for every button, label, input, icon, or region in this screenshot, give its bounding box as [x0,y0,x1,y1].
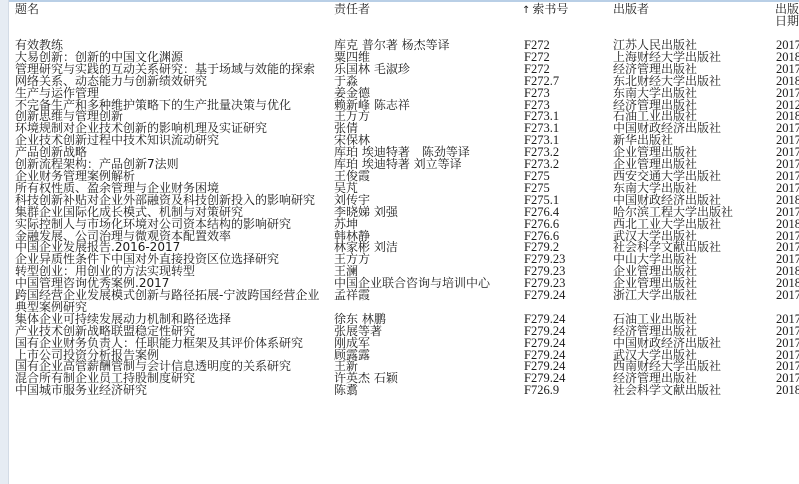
cell-title: 中国城市服务业经济研究 [15,385,331,397]
column-header-title[interactable]: 题名 [15,3,39,15]
column-header-label: 出版者 [613,2,649,16]
table-row[interactable]: 跨国经营企业发展模式创新与路径拓展-宁波跨国经营企业典型案例研究 孟祥霞 F27… [15,290,799,314]
cell-publisher: 社会科学文献出版社 [613,385,721,397]
table-row[interactable]: 中国城市服务业经济研究 陈翥 F726.9 社会科学文献出版社 2018 [15,385,799,397]
column-header-publisher[interactable]: 出版者 [613,3,649,15]
cell-title: 跨国经营企业发展模式创新与路径拓展-宁波跨国经营企业典型案例研究 [15,290,331,314]
column-header-label: 索书号 [532,2,568,16]
sort-ascending-icon: ↑ [522,5,530,16]
cell-call-number: F726.9 [524,385,559,397]
cell-date: 2018 [776,385,799,397]
cell-date: 2017 [776,290,799,302]
cell-author: 陈翥 [334,385,358,397]
column-header-call-number[interactable]: ↑索书号 [522,3,568,17]
cell-call-number: F279.24 [524,290,565,302]
left-scroll-gutter [0,0,9,484]
cell-author: 孟祥霞 [334,290,370,302]
column-header-label: 题名 [15,2,39,16]
list-body: 有效教练 库克 普尔著 杨杰等译 F272 江苏人民出版社 2017 大易创新：… [15,40,799,397]
column-header-label: 责任者 [334,2,370,16]
column-header-label: 出版日期 [775,3,799,27]
list-header: 题名 责任者 ↑索书号 出版者 出版日期 [15,2,799,40]
cell-publisher: 浙江大学出版社 [613,290,697,302]
book-list-view: 题名 责任者 ↑索书号 出版者 出版日期 有效教练 库克 普尔著 杨杰等译 F2… [15,2,799,397]
column-header-date[interactable]: 出版日期 [775,3,799,27]
column-header-author[interactable]: 责任者 [334,3,370,15]
